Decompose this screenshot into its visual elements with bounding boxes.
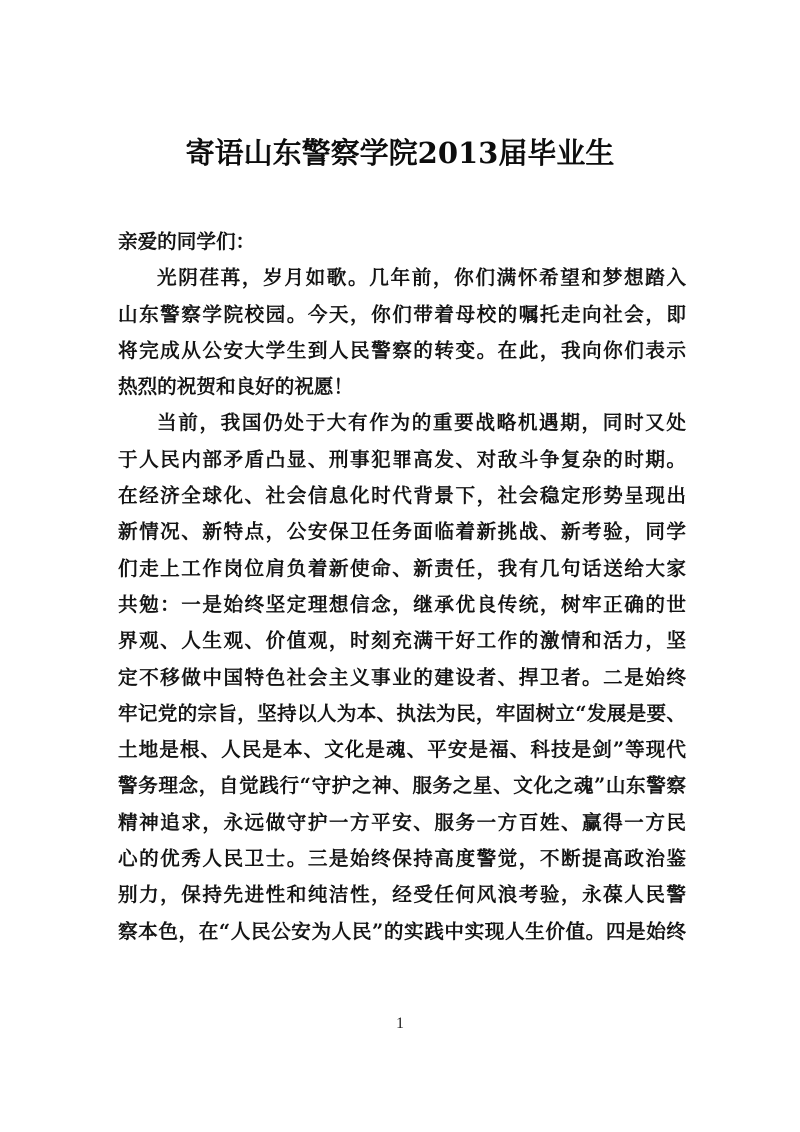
paragraph-2-line-5: 们走上工作岗位肩负着新使命、新责任，我有几句话送给大家 [118,551,686,587]
paragraph-1-line-3: 将完成从公安大学生到人民警察的转变。在此，我向你们表示 [118,333,686,369]
paragraph-2-line-7: 界观、人生观、价值观，时刻充满干好工作的激情和活力，坚 [118,623,686,659]
paragraph-2-line-2: 于人民内部矛盾凸显、刑事犯罪高发、对敌斗争复杂的时期。 [118,442,686,478]
paragraph-2-line-3: 在经济全球化、社会信息化时代背景下，社会稳定形势呈现出 [118,478,686,514]
page-number: 1 [0,1015,800,1033]
paragraph-2-line-9: 牢记党的宗旨，坚持以人为本、执法为民，牢固树立“发展是要、 [118,696,686,732]
paragraph-2-line-12: 精神追求，永远做守护一方平安、服务一方百姓、赢得一方民 [118,805,686,841]
document-page: 寄语山东警察学院2013届毕业生 亲爱的同学们： 光阴荏苒，岁月如歌。几年前，你… [0,0,800,1132]
paragraph-2-line-14: 别力，保持先进性和纯洁性，经受任何风浪考验，永葆人民警 [118,877,686,913]
paragraph-2-line-10: 土地是根、人民是本、文化是魂、平安是福、科技是剑”等现代 [118,732,686,768]
paragraph-2-line-11: 警务理念，自觉践行“守护之神、服务之星、文化之魂”山东警察 [118,768,686,804]
paragraph-2-line-6: 共勉：一是始终坚定理想信念，继承优良传统，树牢正确的世 [118,587,686,623]
paragraph-2-line-15: 察本色，在“人民公安为人民”的实践中实现人生价值。四是始终 [118,914,686,950]
paragraph-2-line-8: 定不移做中国特色社会主义事业的建设者、捍卫者。二是始终 [118,660,686,696]
document-title: 寄语山东警察学院2013届毕业生 [0,133,800,173]
paragraph-2-line-1: 当前，我国仍处于大有作为的重要战略机遇期，同时又处 [118,405,686,441]
paragraph-2-line-13: 心的优秀人民卫士。三是始终保持高度警觉，不断提高政治鉴 [118,841,686,877]
paragraph-1-line-2: 山东警察学院校园。今天，你们带着母校的嘱托走向社会，即 [118,297,686,333]
salutation: 亲爱的同学们： [118,224,686,260]
paragraph-2-line-4: 新情况、新特点，公安保卫任务面临着新挑战、新考验，同学 [118,514,686,550]
paragraph-1-line-4: 热烈的祝贺和良好的祝愿！ [118,369,686,405]
document-body: 亲爱的同学们： 光阴荏苒，岁月如歌。几年前，你们满怀希望和梦想踏入 山东警察学院… [118,224,686,950]
paragraph-1-line-1: 光阴荏苒，岁月如歌。几年前，你们满怀希望和梦想踏入 [118,260,686,296]
